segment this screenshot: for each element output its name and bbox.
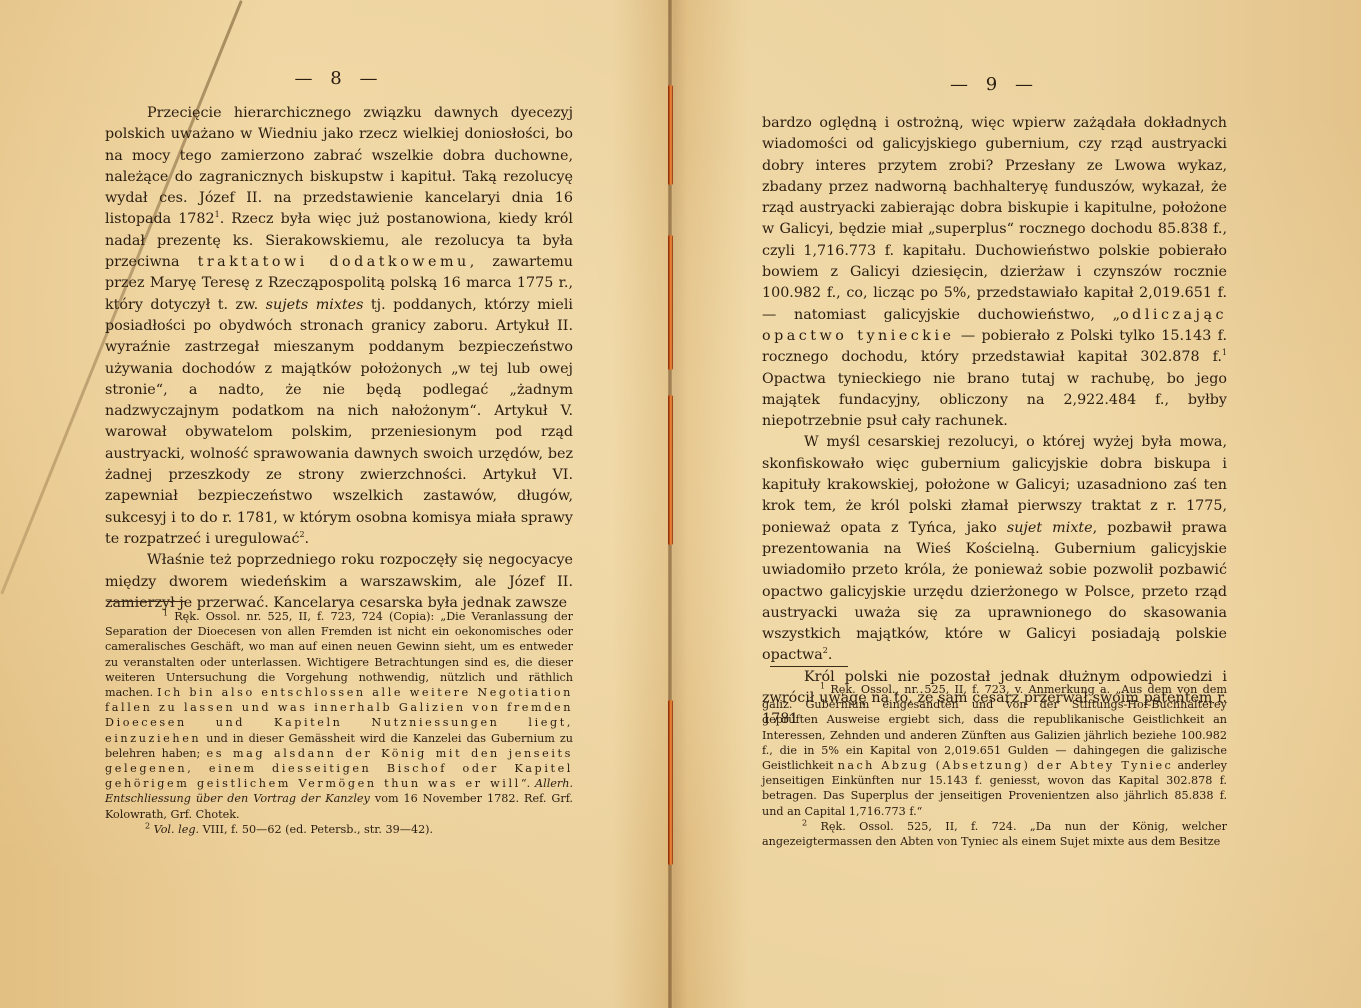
footnote-divider [770,666,848,667]
page-number: — 9 — [762,74,1227,95]
footnotes: 1 Ręk. Ossol., nr. 525, II, f. 723, v. A… [762,682,1227,849]
spaced-emphasis: traktatowi dodatkowemu [198,254,470,270]
paragraph: Przecięcie hierarchicznego związku dawny… [105,103,573,550]
italic-term: sujet mixte [1007,520,1093,536]
footnote-1: 1 Ręk. Ossol. nr. 525, II, f. 723, 724 (… [105,609,573,822]
main-text: Przecięcie hierarchicznego związku dawny… [105,103,573,614]
page-number: — 8 — [105,68,573,89]
binding-thread [668,700,673,865]
text-run: tj. poddanych, którzy mieli posiadłości … [105,297,573,547]
paragraph: bardzo oględną i ostrożną, więc wpierw z… [762,113,1227,432]
right-page: — 9 — bardzo oględną i ostrożną, więc wp… [762,0,1227,1008]
left-page: — 8 — Przecięcie hierarchicznego związku… [105,0,573,1008]
spaced-emphasis: nach Abzug (Absetzung) der Abtey Tyniec [838,759,1173,772]
footnote-divider [107,601,185,602]
book-spread: — 8 — Przecięcie hierarchicznego związku… [0,0,1361,1008]
footnote-1: 1 Ręk. Ossol., nr. 525, II, f. 723, v. A… [762,682,1227,819]
text-run: . [305,531,310,547]
binding-thread [668,235,673,370]
italic-term: sujets mixtes [266,297,364,313]
text-run: Ręk. Ossol. 525, II, f. 724. „Da nun der… [762,820,1227,848]
text-run: bardzo oględną i ostrożną, więc wpierw z… [762,115,1227,323]
text-run: “. [521,777,535,790]
text-run: Przecięcie hierarchicznego związku dawny… [105,105,573,227]
footnote-2: 2 Vol. leg. VIII, f. 50—62 (ed. Petersb.… [105,822,573,837]
main-text: bardzo oględną i ostrożną, więc wpierw z… [762,113,1227,731]
text-run: . [828,647,833,663]
binding-thread [668,85,673,185]
paragraph: W myśl cesarskiej rezolucyi, o której wy… [762,432,1227,666]
text-run: , pozbawił prawa prezentowania na Wieś K… [762,520,1227,664]
italic-term: Vol. leg. [150,823,199,836]
paragraph: Właśnie też poprzedniego roku rozpoczęły… [105,550,573,614]
footnotes: 1 Ręk. Ossol. nr. 525, II, f. 723, 724 (… [105,609,573,837]
text-run: VIII, f. 50—62 (ed. Petersb., str. 39—42… [199,823,433,836]
binding-thread [668,395,673,545]
footnote-ref[interactable]: 1 [1222,349,1227,358]
footnote-2: 2 Ręk. Ossol. 525, II, f. 724. „Da nun d… [762,819,1227,849]
text-run: Opactwa tynieckiego nie brano tutaj w ra… [762,371,1227,430]
